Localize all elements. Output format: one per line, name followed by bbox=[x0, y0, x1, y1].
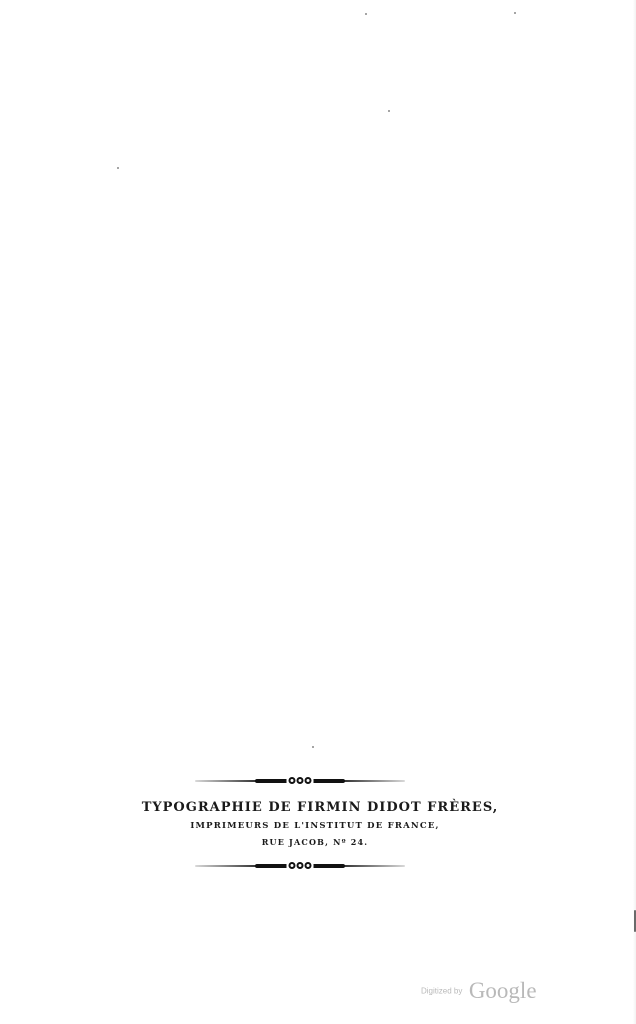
speck bbox=[312, 746, 314, 748]
digitized-watermark: Digitized by Google bbox=[421, 978, 537, 1004]
printer-name: TYPOGRAPHIE DE FIRMIN DIDOT FRÈRES, bbox=[0, 800, 600, 815]
printer-address: RUE JACOB, Nº 24. bbox=[0, 837, 600, 847]
watermark-prefix: Digitized by bbox=[421, 987, 462, 996]
speck bbox=[514, 12, 516, 14]
speck bbox=[365, 13, 367, 15]
ornamental-rule-bottom bbox=[195, 861, 405, 871]
ornamental-rule-top bbox=[195, 776, 405, 786]
speck bbox=[117, 167, 119, 169]
colophon: TYPOGRAPHIE DE FIRMIN DIDOT FRÈRES, IMPR… bbox=[0, 776, 600, 871]
google-logo: Google bbox=[469, 978, 537, 1003]
speck bbox=[388, 110, 390, 112]
printer-title: IMPRIMEURS DE L'INSTITUT DE FRANCE, bbox=[0, 821, 600, 831]
